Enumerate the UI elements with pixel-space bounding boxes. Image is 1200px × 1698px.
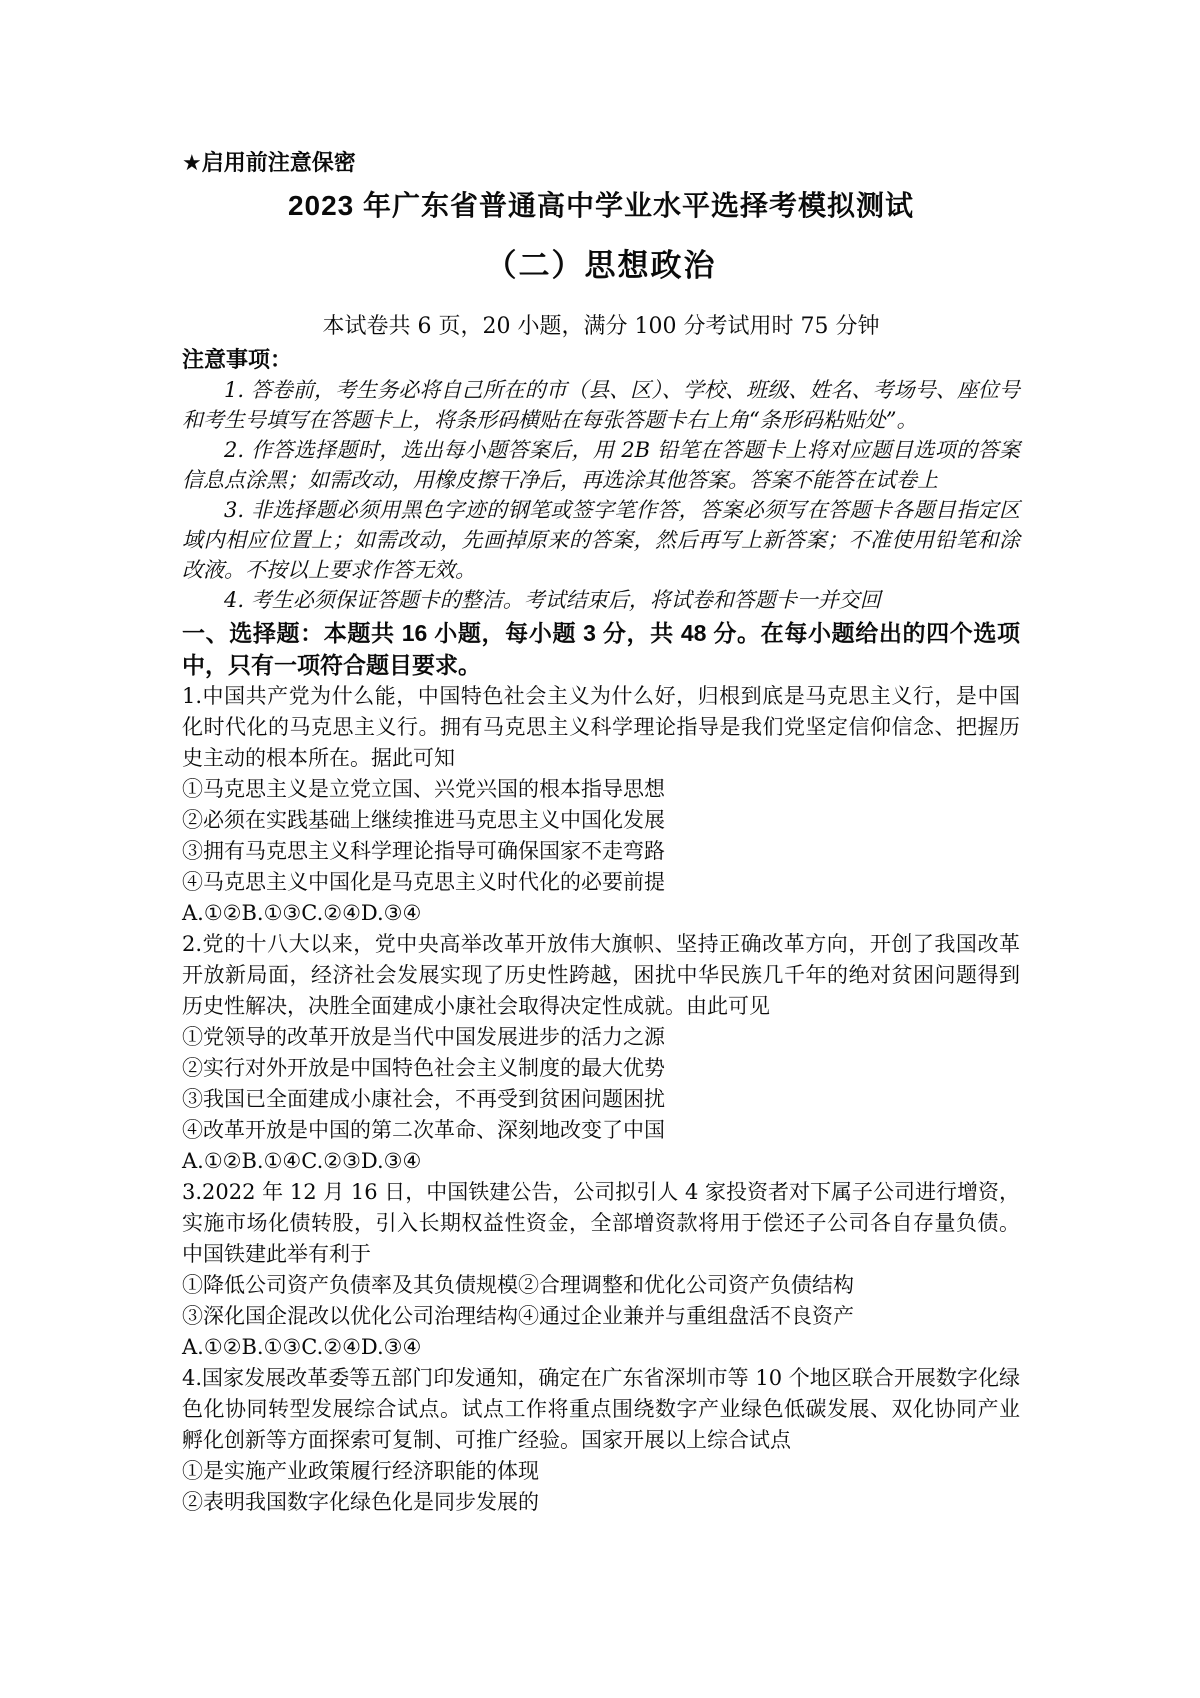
question-4-option-2: ②表明我国数字化绿色化是同步发展的 <box>182 1487 1020 1518</box>
exam-paper-page: ★启用前注意保密 2023 年广东省普通高中学业水平选择考模拟测试 （二）思想政… <box>0 0 1200 1698</box>
notice-item-1: 1. 答卷前，考生务必将自己所在的市（县、区）、学校、班级、姓名、考场号、座位号… <box>182 375 1020 435</box>
question-4: 4.国家发展改革委等五部门印发通知，确定在广东省深圳市等 10 个地区联合开展数… <box>182 1363 1020 1518</box>
question-4-option-1: ①是实施产业政策履行经济职能的体现 <box>182 1456 1020 1487</box>
notice-item-2: 2. 作答选择题时，选出每小题答案后，用 2B 铅笔在答题卡上将对应题目选项的答… <box>182 435 1020 495</box>
notice-heading: 注意事项： <box>182 345 1020 375</box>
question-4-stem: 4.国家发展改革委等五部门印发通知，确定在广东省深圳市等 10 个地区联合开展数… <box>182 1363 1020 1456</box>
notice-list: 1. 答卷前，考生务必将自己所在的市（县、区）、学校、班级、姓名、考场号、座位号… <box>182 375 1020 615</box>
question-3-option-row-2: ③深化国企混改以优化公司治理结构④通过企业兼并与重组盘活不良资产 <box>182 1301 1020 1332</box>
question-2-stem: 2.党的十八大以来，党中央高举改革开放伟大旗帜、坚持正确改革方向，开创了我国改革… <box>182 929 1020 1022</box>
question-2-answer-choices: A.①②B.①④C.②③D.③④ <box>182 1146 1020 1177</box>
question-3-stem: 3.2022 年 12 月 16 日，中国铁建公告，公司拟引人 4 家投资者对下… <box>182 1177 1020 1270</box>
question-1-answer-choices: A.①②B.①③C.②④D.③④ <box>182 898 1020 929</box>
question-2-option-2: ②实行对外开放是中国特色社会主义制度的最大优势 <box>182 1053 1020 1084</box>
question-3: 3.2022 年 12 月 16 日，中国铁建公告，公司拟引人 4 家投资者对下… <box>182 1177 1020 1363</box>
notice-item-4: 4. 考生必须保证答题卡的整洁。考试结束后，将试卷和答题卡一并交回 <box>182 585 1020 615</box>
question-2-option-1: ①党领导的改革开放是当代中国发展进步的活力之源 <box>182 1022 1020 1053</box>
question-2-option-3: ③我国已全面建成小康社会，不再受到贫困问题困扰 <box>182 1084 1020 1115</box>
question-3-option-row-1: ①降低公司资产负债率及其负债规模②合理调整和优化公司资产负债结构 <box>182 1270 1020 1301</box>
security-notice: ★启用前注意保密 <box>182 148 1020 178</box>
question-3-answer-choices: A.①②B.①③C.②④D.③④ <box>182 1332 1020 1363</box>
notice-item-3: 3. 非选择题必须用黑色字迹的钢笔或签字笔作答，答案必须写在答题卡各题目指定区域… <box>182 495 1020 585</box>
question-2: 2.党的十八大以来，党中央高举改革开放伟大旗帜、坚持正确改革方向，开创了我国改革… <box>182 929 1020 1177</box>
question-2-option-4: ④改革开放是中国的第二次革命、深刻地改变了中国 <box>182 1115 1020 1146</box>
exam-info-line: 本试卷共 6 页，20 小题，满分 100 分考试用时 75 分钟 <box>182 312 1020 342</box>
question-1-stem: 1.中国共产党为什么能，中国特色社会主义为什么好，归根到底是马克思主义行，是中国… <box>182 681 1020 774</box>
question-1: 1.中国共产党为什么能，中国特色社会主义为什么好，归根到底是马克思主义行，是中国… <box>182 681 1020 929</box>
section-heading: 一、选择题：本题共 16 小题，每小题 3 分，共 48 分。在每小题给出的四个… <box>182 617 1020 681</box>
question-1-option-1: ①马克思主义是立党立国、兴党兴国的根本指导思想 <box>182 774 1020 805</box>
question-1-option-2: ②必须在实践基础上继续推进马克思主义中国化发展 <box>182 805 1020 836</box>
page-subtitle: （二）思想政治 <box>182 246 1020 286</box>
page-title: 2023 年广东省普通高中学业水平选择考模拟测试 <box>182 188 1020 224</box>
question-1-option-3: ③拥有马克思主义科学理论指导可确保国家不走弯路 <box>182 836 1020 867</box>
question-1-option-4: ④马克思主义中国化是马克思主义时代化的必要前提 <box>182 867 1020 898</box>
